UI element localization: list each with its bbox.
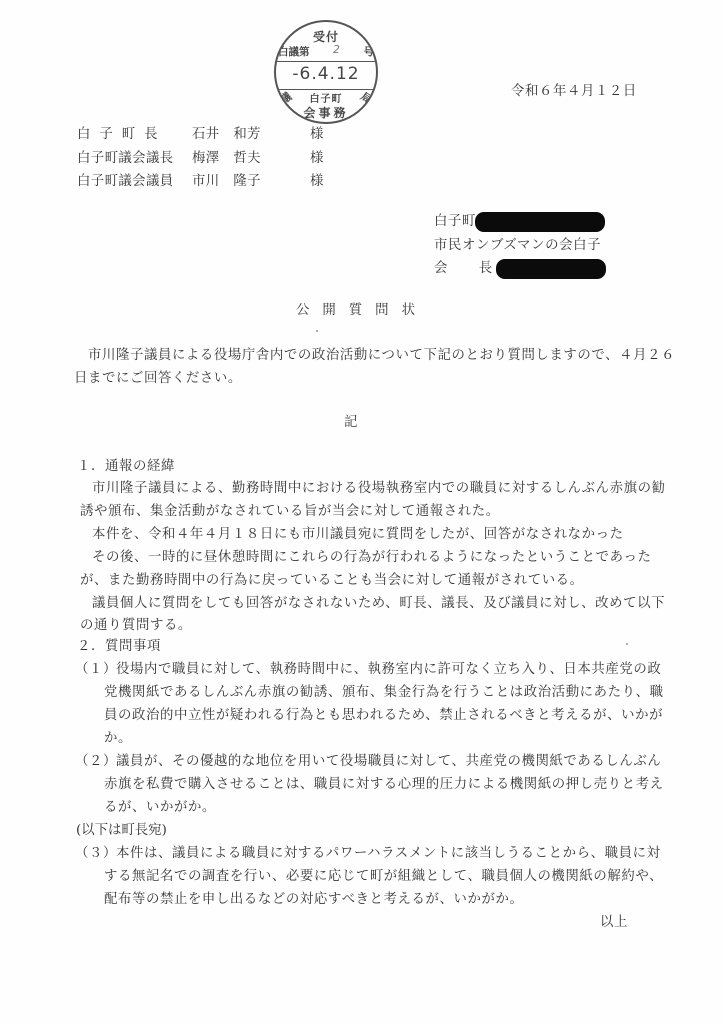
stamp-received-label: 受付: [276, 28, 376, 45]
question-2-line: るが、いかがか。: [104, 799, 216, 817]
question-3-number: （３）: [75, 845, 117, 863]
scan-speck: [626, 643, 628, 645]
intro-line-1: 市川隆子議員による役場庁舎内での政治活動について下記のとおり質問しますので、４月…: [88, 347, 675, 365]
section-1-line: その後、一時的に昼休憩時間にこれらの行為が行われるようになったということであった: [92, 549, 652, 567]
stamp-office: 会事務: [276, 104, 376, 121]
recipient-row: 白子町議会議員市川 隆子様: [77, 173, 323, 191]
recipient-name: 梅澤 哲夫: [192, 150, 310, 168]
question-2-line: 赤旗を私費で購入させることは、職員に対する心理的圧力による機関紙の押し売りと考え: [104, 776, 664, 794]
recipient-row: 白子町長石井 和芳様: [77, 126, 323, 144]
question-1-line: 役場内で職員に対して、執務時間中に、執務室内に許可なく立ち入り、日本共産党の政: [116, 661, 661, 679]
addressee-note: (以下は町長宛): [76, 822, 167, 840]
stamp-date: -6.4.12: [276, 64, 376, 84]
section-2-heading: ２．質問事項: [77, 638, 161, 656]
reception-stamp: 受付 白議第 2 号 -6.4.12 議 白子町 局 会事務: [274, 20, 378, 124]
question-1-line: 員の政治的中立性が疑われる行為とも思われるため、禁止されるべきと考えるが、いかが: [104, 707, 663, 725]
sender-organization: 市民オンブズマンの会白子: [434, 237, 601, 255]
recipient-name: 市川 隆子: [192, 173, 310, 191]
question-1-line: か。: [104, 730, 132, 748]
sender-town: 白子町: [434, 213, 476, 231]
section-1-line: 誘や頒布、集金活動がなされている旨が当会に対して通報された。: [80, 503, 500, 521]
document-page: 受付 白議第 2 号 -6.4.12 議 白子町 局 会事務 令和６年４月１２日…: [0, 0, 724, 1023]
closing-mark: 以上: [600, 914, 628, 932]
redaction-bar-sender-name: [496, 259, 606, 279]
section-1-line: 市川隆子議員による、勤務時間中における役場執務室内での職員に対するしんぶん赤旗の…: [92, 480, 666, 498]
ki-marker: 記: [344, 414, 358, 432]
question-3-line: 配布等の禁止を申し出るなどの対応すべきと考えるが、いかがか。: [104, 891, 523, 909]
intro-line-2: 日までにご回答ください。: [74, 370, 242, 388]
section-1-heading: １．通報の経緯: [77, 458, 175, 476]
question-1-line: 党機関紙であるしんぶん赤旗の勧誘、頒布、集金行為を行うことは政治活動にあたり、職: [104, 684, 664, 702]
recipient-office: 白子町議会議員: [77, 173, 192, 191]
recipient-name: 石井 和芳: [192, 126, 310, 144]
recipient-honorific: 様: [310, 126, 323, 144]
document-date: 令和６年４月１２日: [511, 83, 637, 101]
section-1-line: が、また勤務時間中の行為に戻っていることも当会に対して通報がされている。: [80, 572, 584, 590]
section-1-line: 本件を、令和４年４月１８日にも市川議員宛に質問をしたが、回答がなされなかった: [92, 526, 624, 544]
question-2-number: （２）: [75, 753, 117, 771]
recipient-row: 白子町議会議長梅澤 哲夫様: [77, 150, 323, 168]
stamp-number-prefix: 白議第: [278, 44, 310, 59]
recipient-office: 白子町議会議長: [77, 150, 192, 168]
question-3-line: する無記名での調査を行い、必要に応じて町が組織として、職員個人の機関紙の解約や、: [104, 868, 663, 886]
stamp-number-row: 白議第 2 号: [278, 44, 374, 59]
question-3-line: 本件は、議員による職員に対するパワーハラスメントに該当しうることから、職員に対: [116, 845, 661, 863]
recipient-office: 白子町長: [77, 126, 192, 144]
recipient-honorific: 様: [310, 150, 323, 168]
section-1-line: 議員個人に質問をしても回答がなされないため、町長、議長、及び議員に対し、改めて以…: [92, 595, 665, 613]
section-1-line: の通り質問する。: [80, 617, 192, 635]
redaction-bar-sender-address: [475, 212, 605, 232]
document-title: 公開質問状: [0, 299, 724, 318]
question-2-line: 議員が、その優越的な地位を用いて役場職員に対して、共産党の機関紙であるしんぶん: [116, 753, 661, 771]
stamp-number-suffix: 号: [364, 44, 375, 59]
question-1-number: （１）: [75, 661, 117, 679]
sender-title: 会 長: [434, 260, 501, 278]
recipient-honorific: 様: [310, 173, 323, 191]
stamp-number-value: 2: [333, 44, 340, 59]
scan-speck: [316, 330, 318, 332]
